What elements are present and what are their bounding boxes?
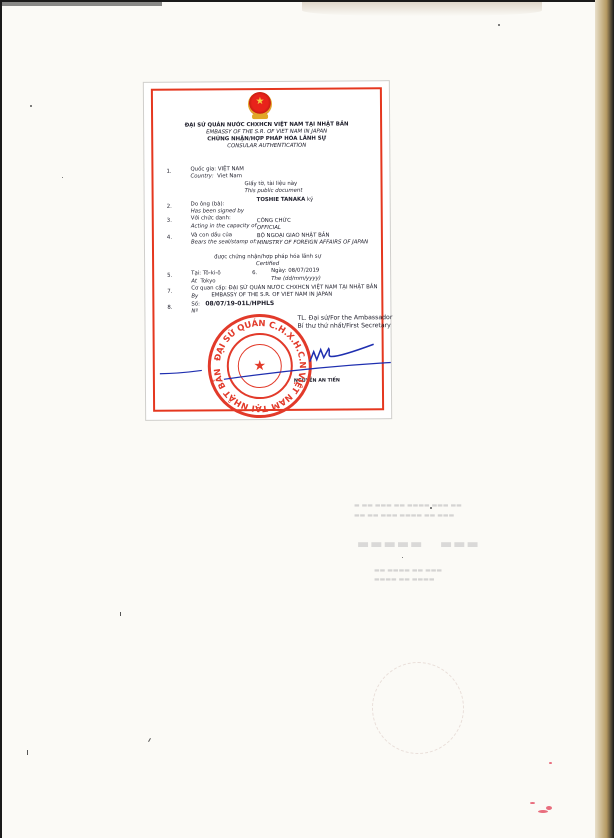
- bleed-through-text: ▬▬ ▬▬ ▬▬▬ ▬▬▬▬ ▬▬ ▬▬▬: [354, 512, 454, 519]
- page-stain: [302, 2, 542, 16]
- signature-strokes: [144, 81, 391, 420]
- bleed-through-heading: ▬▬▬▬▬ ▬▬▬: [357, 537, 480, 552]
- scanned-page: ▬ ▬▬ ▬▬▬ ▬▬ ▬▬▬▬ ▬▬▬ ▬▬ ▬▬ ▬▬ ▬▬▬ ▬▬▬▬ ▬…: [2, 2, 595, 838]
- bleed-through-text: ▬▬ ▬▬▬▬ ▬▬ ▬▬▬: [374, 567, 442, 574]
- consular-authentication-sticker: ★ ĐẠI SỨ QUÁN NƯỚC CHXHCN VIỆT NAM TẠI N…: [144, 81, 391, 420]
- scan-edge: [595, 0, 614, 838]
- speck: [27, 750, 28, 755]
- bleed-through-text: ▬ ▬▬ ▬▬▬ ▬▬ ▬▬▬▬ ▬▬▬ ▬▬: [354, 502, 462, 509]
- ink-smudge: [546, 806, 552, 810]
- ink-smudge: [538, 810, 548, 813]
- speck: [148, 738, 151, 742]
- bleed-through-seal: [372, 662, 464, 754]
- scan-shadow: [2, 2, 162, 6]
- speck: [30, 105, 32, 107]
- speck: [62, 177, 63, 178]
- speck: [402, 557, 403, 558]
- speck: [498, 24, 500, 26]
- ink-smudge: [549, 762, 552, 764]
- bleed-through-text: ▬▬▬▬ ▬▬ ▬▬▬▬: [374, 576, 435, 583]
- ink-smudge: [530, 802, 535, 804]
- speck: [120, 612, 121, 616]
